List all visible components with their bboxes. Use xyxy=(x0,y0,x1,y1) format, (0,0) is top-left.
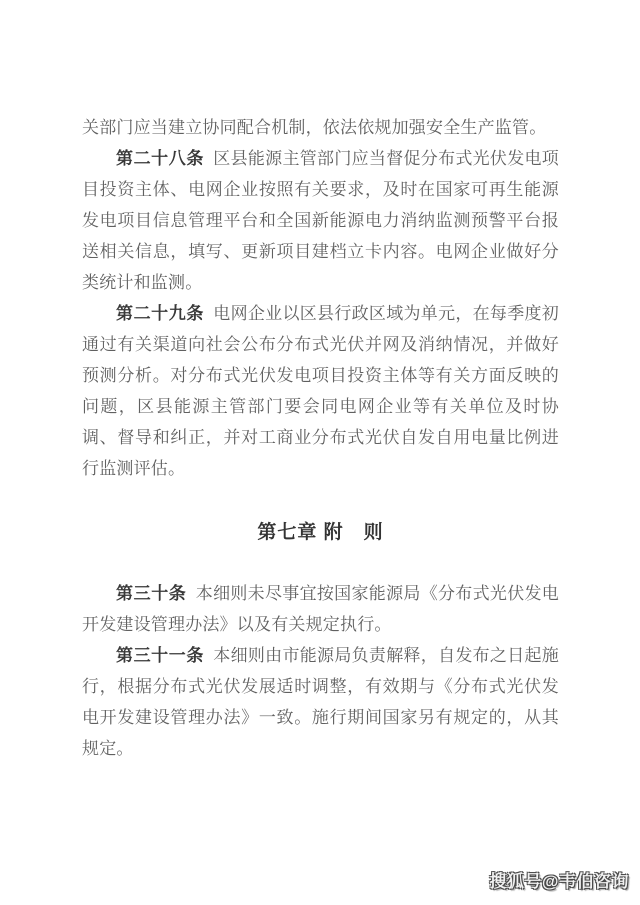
paragraph-article-28: 第二十八条区县能源主管部门应当督促分布式光伏发电项目投资主体、电网企业按照有关要… xyxy=(82,143,559,298)
paragraph-article-30: 第三十条本细则未尽事宜按国家能源局《分布式光伏发电开发建设管理办法》以及有关规定… xyxy=(82,578,559,640)
paragraph-article-31: 第三十一条本细则由市能源局负责解释，自发布之日起施行，根据分布式光伏发展适时调整… xyxy=(82,640,559,764)
paragraph-article-29: 第二十九条电网企业以区县行政区域为单元，在每季度初通过有关渠道向社会公布分布式光… xyxy=(82,298,559,484)
article-28-number: 第二十八条 xyxy=(116,149,204,168)
chapter-heading: 第七章 附 则 xyxy=(82,517,559,548)
sohu-watermark: 搜狐号@韦伯咨询 xyxy=(489,872,629,892)
paragraph-continuation: 关部门应当建立协同配合机制，依法依规加强安全生产监管。 xyxy=(82,112,559,143)
article-29-number: 第二十九条 xyxy=(116,304,204,323)
article-29-text: 电网企业以区县行政区域为单元，在每季度初通过有关渠道向社会公布分布式光伏并网及消… xyxy=(82,304,559,478)
article-28-text: 区县能源主管部门应当督促分布式光伏发电项目投资主体、电网企业按照有关要求，及时在… xyxy=(82,149,559,292)
document-body: 关部门应当建立协同配合机制，依法依规加强安全生产监管。 第二十八条区县能源主管部… xyxy=(82,112,559,764)
paragraph-text: 关部门应当建立协同配合机制，依法依规加强安全生产监管。 xyxy=(82,118,546,137)
document-page: 关部门应当建立协同配合机制，依法依规加强安全生产监管。 第二十八条区县能源主管部… xyxy=(0,0,640,905)
article-31-number: 第三十一条 xyxy=(116,646,204,665)
article-30-number: 第三十条 xyxy=(116,584,186,603)
